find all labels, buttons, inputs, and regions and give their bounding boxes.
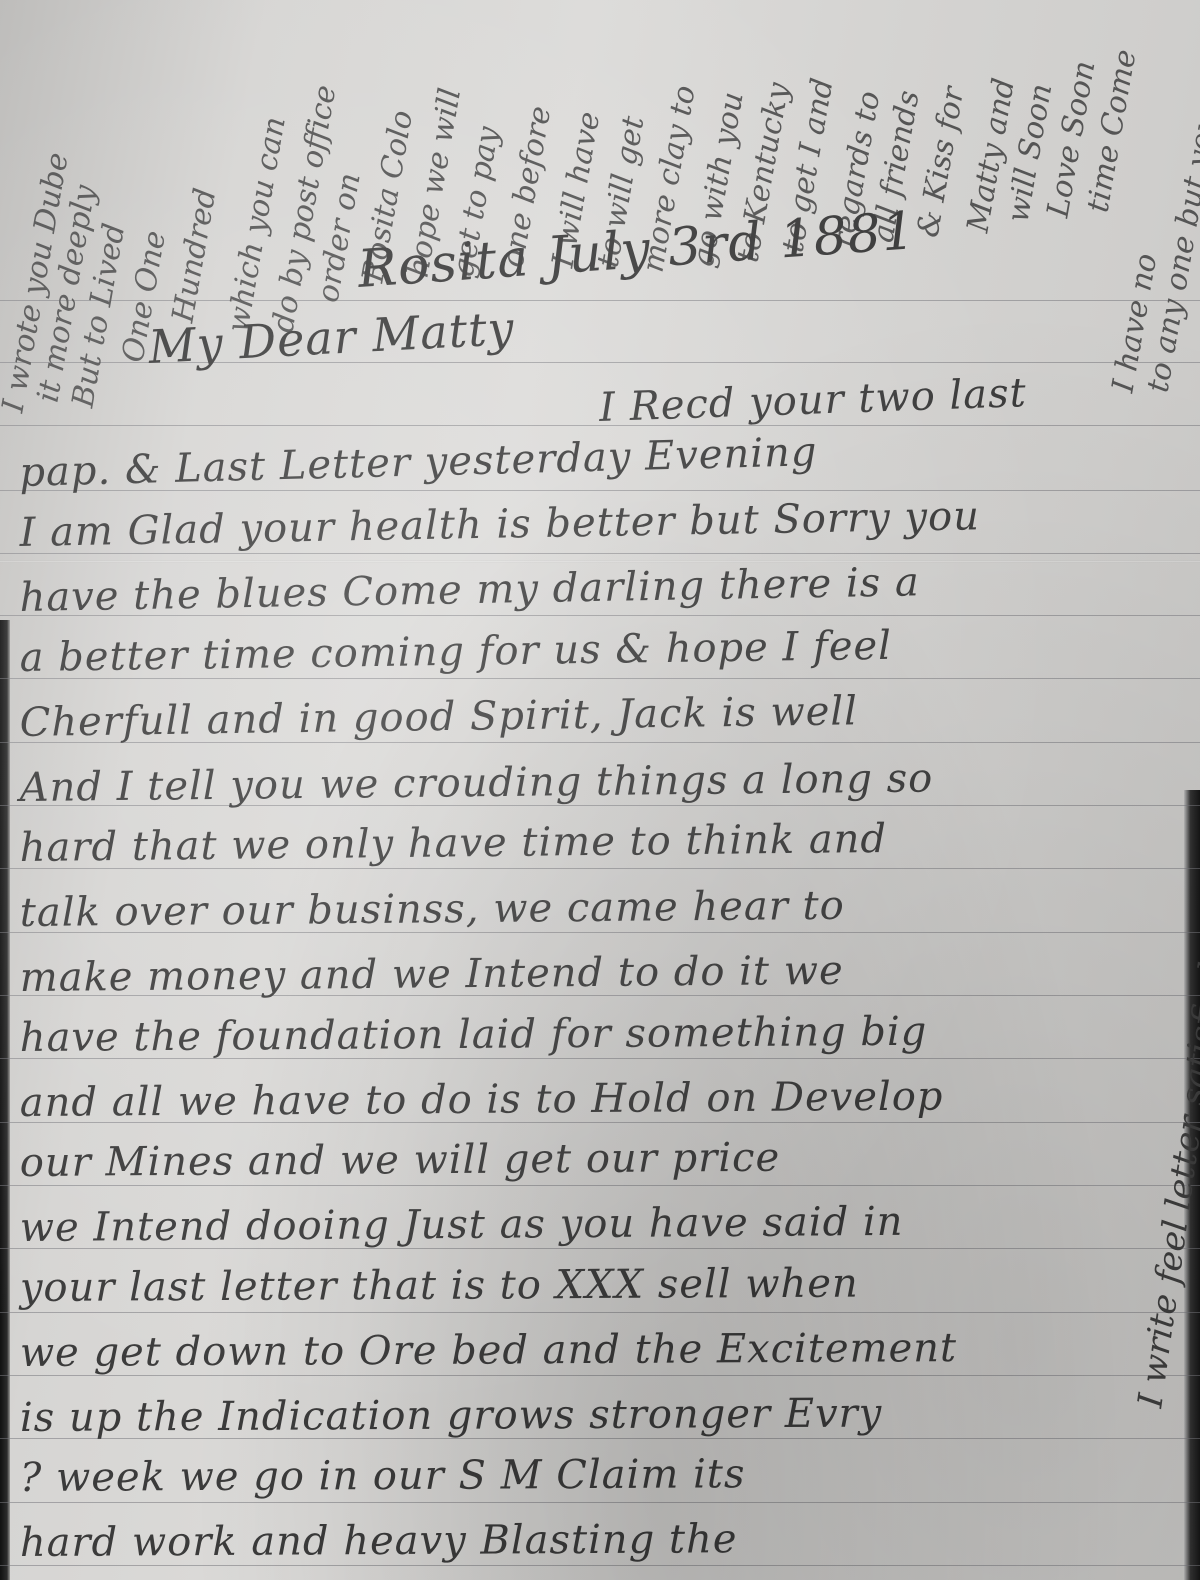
body-line: we get down to Ore bed and the Excitemen… [20, 1325, 957, 1376]
body-line: we Intend dooing Just as you have said i… [20, 1199, 904, 1251]
body-line: ? week we go in our S M Claim its [20, 1451, 746, 1501]
margin-note: Hundred [166, 186, 224, 325]
ruled-line [0, 1185, 1200, 1186]
body-line: make money and we Intend to do it we [20, 948, 844, 1001]
body-line: talk over our businss, we came hear to [20, 883, 845, 936]
body-line: your last letter that is to XXX sell whe… [20, 1261, 859, 1311]
body-line: I Recd your two last [598, 370, 1027, 431]
paper-fold [0, 560, 1200, 563]
body-line: a better time coming for us & hope I fee… [19, 623, 892, 681]
ruled-line [0, 1312, 1200, 1313]
body-line: is up the Indication grows stronger Evry [20, 1390, 883, 1441]
body-line: pap. & Last Letter yesterday Evening [19, 429, 818, 496]
ruled-line [0, 1502, 1200, 1503]
body-line: have the foundation laid for something b… [20, 1009, 928, 1061]
letter-photo: I wrote you Dube it more deeply But to L… [0, 0, 1200, 1580]
body-line: our Mines and we will get our price [20, 1135, 781, 1186]
body-line: And I tell you we crouding things a long… [20, 755, 934, 811]
salutation: My Dear Matty [147, 301, 516, 374]
table-edge-left [0, 620, 10, 1580]
margin-note: to any one but you [1141, 111, 1200, 395]
body-line: Cherfull and in good Spirit, Jack is wel… [19, 688, 858, 746]
body-line: have the blues Come my darling there is … [19, 559, 920, 621]
body-line: and all we have to do is to Hold on Deve… [20, 1074, 944, 1126]
body-line: I am Glad your health is better but Sorr… [19, 493, 980, 556]
body-line: hard work and heavy Blasting the [20, 1516, 738, 1566]
body-line: hard that we only have time to think and [20, 816, 888, 871]
